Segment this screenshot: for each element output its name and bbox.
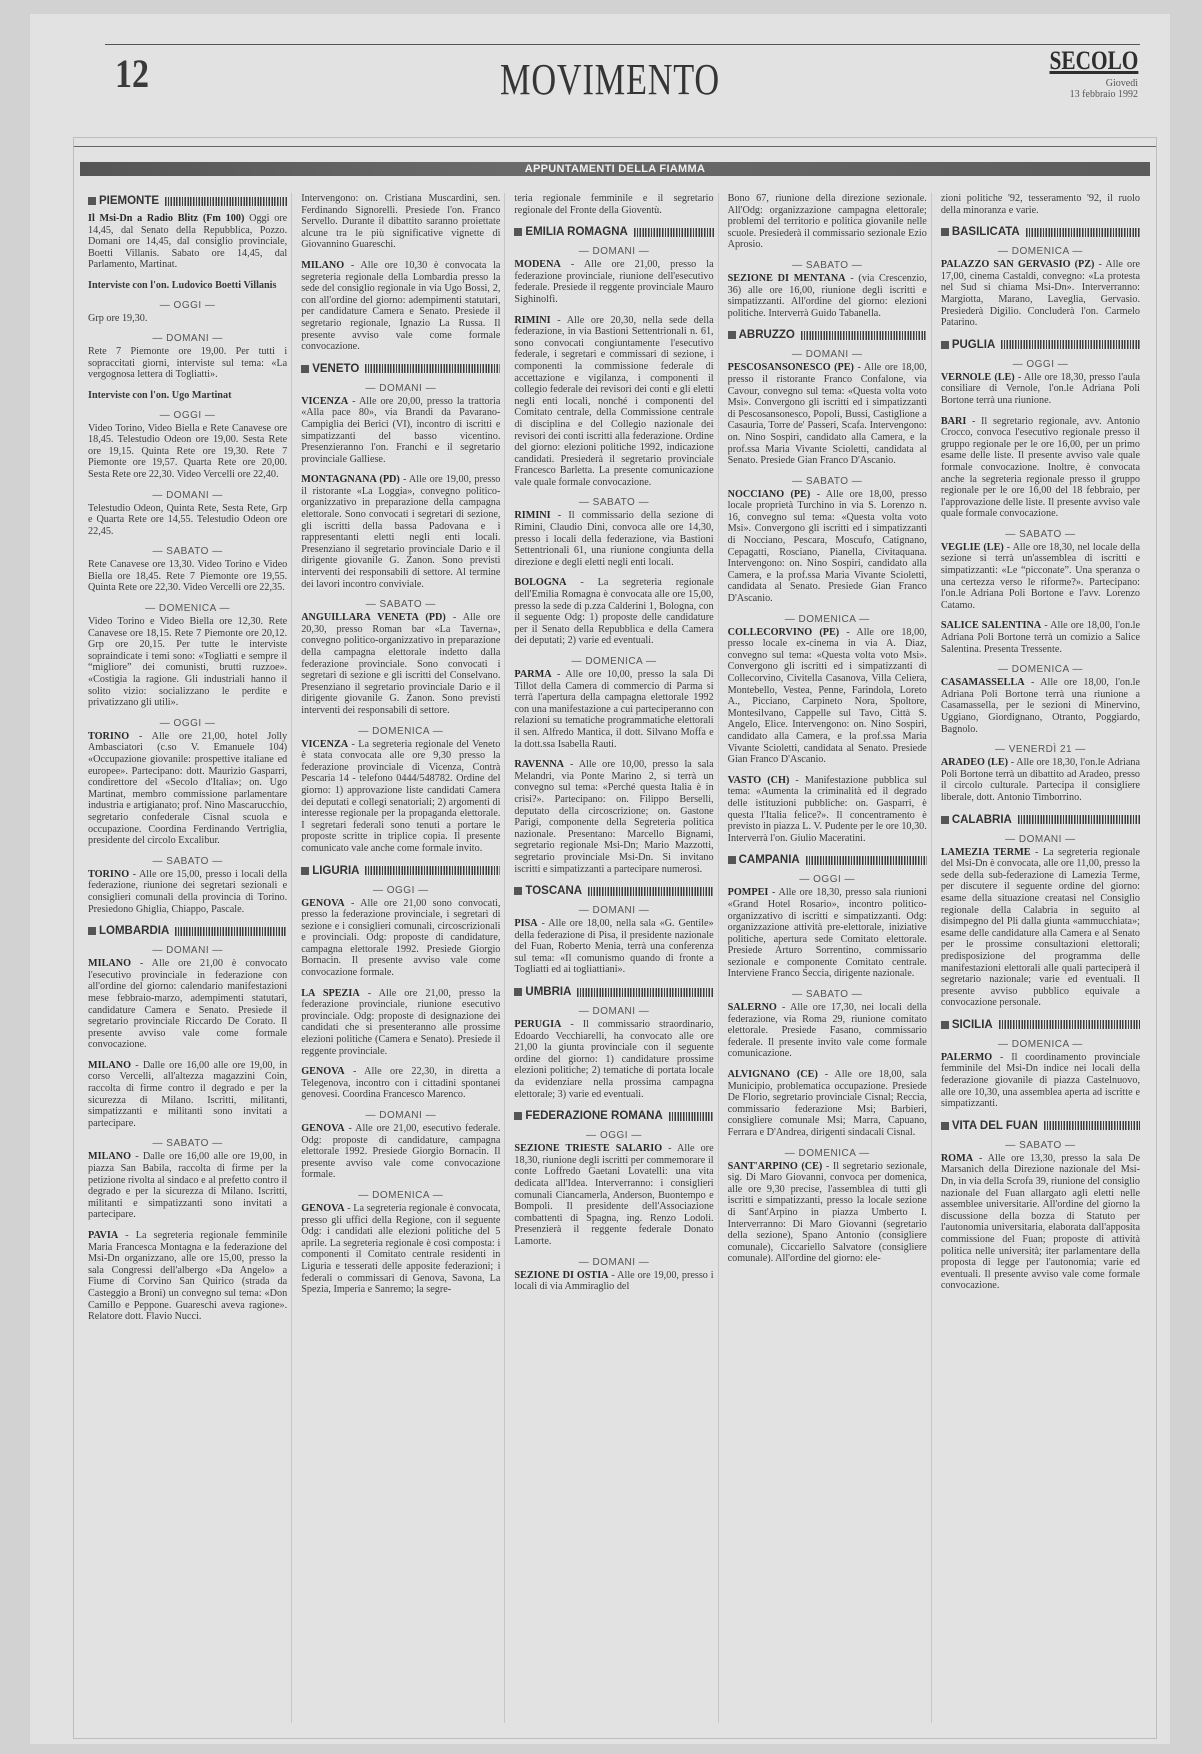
entry-location: RAVENNA xyxy=(514,759,564,770)
day-heading: — DOMENICA — xyxy=(301,726,500,737)
region-heading: LOMBARDIA xyxy=(88,925,287,937)
appointment-entry: TORINO - Alle ore 21,00, hotel Jolly Amb… xyxy=(88,731,287,847)
entry-location: RIMINI xyxy=(514,315,550,326)
entry-location: VEGLIE (LE) xyxy=(941,542,1004,553)
appointment-entry: GENOVA - La segreteria regionale è convo… xyxy=(301,1203,500,1296)
hatch-rule xyxy=(365,866,500,875)
entry-location: ARADEO (LE) xyxy=(941,757,1008,768)
appointment-entry: Grp ore 19,30. xyxy=(88,313,287,325)
entry-location: RIMINI xyxy=(514,510,550,521)
square-bullet-icon xyxy=(941,228,949,236)
entry-location: PAVIA xyxy=(88,1230,118,1241)
appointment-entry: VICENZA - Alle ore 20,00, presso la trat… xyxy=(301,396,500,466)
appointments-columns: PIEMONTEIl Msi-Dn a Radio Blitz (Fm 100)… xyxy=(84,193,1144,1723)
entry-location: LA SPEZIA xyxy=(301,988,359,999)
appointment-entry: PISA - Alle ore 18,00, nella sala «G. Ge… xyxy=(514,918,713,976)
hatch-rule xyxy=(999,1020,1140,1029)
appointment-entry: Rete Canavese ore 13,30. Video Torino e … xyxy=(88,559,287,594)
appointment-entry: SEZIONE DI OSTIA - Alle ore 19,00, press… xyxy=(514,1270,713,1293)
entry-location: COLLECORVINO (PE) xyxy=(728,627,840,638)
appointment-entry: ALVIGNANO (CE) - Alle ore 18,00, sala Mu… xyxy=(728,1069,927,1139)
entry-location: TORINO xyxy=(88,731,129,742)
day-heading: — OGGI — xyxy=(514,1130,713,1141)
day-heading: — DOMANI — xyxy=(514,1006,713,1017)
appointment-entry: SANT'ARPINO (CE) - Il segretario seziona… xyxy=(728,1161,927,1265)
day-heading: — DOMANI — xyxy=(728,349,927,360)
appointments-banner: APPUNTAMENTI DELLA FIAMMA xyxy=(80,162,1150,176)
day-heading: — SABATO — xyxy=(301,599,500,610)
square-bullet-icon xyxy=(728,856,736,864)
appointment-entry: ANGUILLARA VENETA (PD) - Alle ore 20,30,… xyxy=(301,612,500,716)
region-heading: PUGLIA xyxy=(941,339,1140,351)
hatch-rule xyxy=(365,364,500,373)
entry-location: GENOVA xyxy=(301,1203,344,1214)
region-heading: ABRUZZO xyxy=(728,329,927,341)
hatch-rule xyxy=(1001,340,1140,349)
page-number: 12 xyxy=(115,50,149,97)
region-heading: SICILIA xyxy=(941,1019,1140,1031)
column-4: Bono 67, riunione della direzione sezion… xyxy=(724,193,932,1723)
region-name: PIEMONTE xyxy=(99,195,159,207)
day-heading: — SABATO — xyxy=(941,1140,1140,1151)
hatch-rule xyxy=(588,887,714,896)
appointment-entry: GENOVA - Alle ore 21,00 sono convocati, … xyxy=(301,898,500,979)
entry-location: MODENA xyxy=(514,259,560,270)
appointment-entry: VEGLIE (LE) - Alle ore 18,30, nel locale… xyxy=(941,542,1140,612)
region-heading: BASILICATA xyxy=(941,226,1140,238)
appointment-entry: Bono 67, riunione della direzione sezion… xyxy=(728,193,927,251)
appointment-entry: zioni politiche '92, tesseramento '92, i… xyxy=(941,193,1140,216)
entry-location: SALICE SALENTINA xyxy=(941,620,1041,631)
entry-location: ANGUILLARA VENETA (PD) xyxy=(301,612,446,623)
hatch-rule xyxy=(806,856,927,865)
square-bullet-icon xyxy=(88,197,96,205)
entry-location: VERNOLE (LE) xyxy=(941,372,1015,383)
appointment-entry: PERUGIA - Il commissario straordinario, … xyxy=(514,1019,713,1100)
region-name: PUGLIA xyxy=(952,339,995,351)
appointment-entry: PESCOSANSONESCO (PE) - Alle ore 18,00, p… xyxy=(728,362,927,466)
column-3: teria regionale femminile e il segretari… xyxy=(510,193,718,1723)
entry-location: GENOVA xyxy=(301,1123,344,1134)
region-heading: TOSCANA xyxy=(514,885,713,897)
appointment-entry: PALAZZO SAN GERVASIO (PZ) - Alle ore 17,… xyxy=(941,259,1140,329)
appointment-entry: Telestudio Odeon, Quinta Rete, Sesta Ret… xyxy=(88,503,287,538)
region-name: LOMBARDIA xyxy=(99,925,169,937)
entry-location: GENOVA xyxy=(301,1066,344,1077)
region-heading: VENETO xyxy=(301,363,500,375)
square-bullet-icon xyxy=(941,1122,949,1130)
appointment-entry: MONTAGNANA (PD) - Alle ore 19,00, presso… xyxy=(301,474,500,590)
column-2: Intervengono: on. Cristiana Muscardini, … xyxy=(297,193,505,1723)
region-heading: PIEMONTE xyxy=(88,195,287,207)
day-heading: — DOMANI — xyxy=(301,383,500,394)
appointment-entry: GENOVA - Alle ore 21,00, esecutivo feder… xyxy=(301,1123,500,1181)
day-heading: — DOMANI — xyxy=(301,1110,500,1121)
day-heading: — DOMENICA — xyxy=(88,603,287,614)
day-heading: — DOMANI — xyxy=(514,905,713,916)
entry-location: TORINO xyxy=(88,869,129,880)
entry-location: MILANO xyxy=(301,260,344,271)
day-heading: — DOMANI — xyxy=(88,333,287,344)
day-heading: — VENERDÌ 21 — xyxy=(941,744,1140,755)
newspaper-page: 12 MOVIMENTO SECOLO Giovedì 13 febbraio … xyxy=(30,14,1170,1744)
region-heading: EMILIA ROMAGNA xyxy=(514,226,713,238)
square-bullet-icon xyxy=(941,1021,949,1029)
entry-location: LAMEZIA TERME xyxy=(941,847,1031,858)
region-name: EMILIA ROMAGNA xyxy=(525,226,627,238)
appointment-entry: PALERMO - Il coordinamento provinciale f… xyxy=(941,1052,1140,1110)
square-bullet-icon xyxy=(301,867,309,875)
entry-location: ROMA xyxy=(941,1153,973,1164)
appointment-entry: Video Torino e Video Biella ore 12,30. R… xyxy=(88,616,287,709)
entry-location: NOCCIANO (PE) xyxy=(728,489,811,500)
masthead-rule xyxy=(105,44,1140,45)
entry-location: ALVIGNANO (CE) xyxy=(728,1069,818,1080)
appointment-entry: RIMINI - Alle ore 20,30, nella sede dell… xyxy=(514,315,713,489)
day-heading: — DOMANI — xyxy=(88,490,287,501)
hatch-rule xyxy=(801,331,927,340)
appointment-entry: CASAMASSELLA - Alle ore 18,00, l'on.le A… xyxy=(941,677,1140,735)
appointment-entry: VASTO (CH) - Manifestazione pubblica sul… xyxy=(728,775,927,845)
entry-location: Il Msi-Dn a Radio Blitz (Fm 100) xyxy=(88,213,244,224)
entry-location: MONTAGNANA (PD) xyxy=(301,474,400,485)
entry-location: PERUGIA xyxy=(514,1019,561,1030)
day-heading: — OGGI — xyxy=(88,300,287,311)
appointment-entry: VICENZA - La segreteria regionale del Ve… xyxy=(301,739,500,855)
appointment-entry: SEZIONE TRIESTE SALARIO - Alle ore 18,30… xyxy=(514,1143,713,1247)
appointment-entry: MILANO - Alle ore 21,00 è convocato l'es… xyxy=(88,958,287,1051)
day-heading: — SABATO — xyxy=(88,856,287,867)
appointment-entry: ARADEO (LE) - Alle ore 18,30, l'on.le Ad… xyxy=(941,757,1140,803)
hatch-rule xyxy=(634,228,714,237)
appointment-entry: LAMEZIA TERME - La segreteria regionale … xyxy=(941,847,1140,1009)
appointment-entry: MILANO - Dalle ore 16,00 alle ore 19,00,… xyxy=(88,1151,287,1221)
appointment-entry: NOCCIANO (PE) - Alle ore 18,00, presso l… xyxy=(728,489,927,605)
region-name: VITA DEL FUAN xyxy=(952,1120,1038,1132)
subheading: Interviste con l'on. Ludovico Boetti Vil… xyxy=(88,280,287,292)
appointment-entry: Video Torino, Video Biella e Rete Canave… xyxy=(88,423,287,481)
square-bullet-icon xyxy=(514,1112,522,1120)
entry-location: VICENZA xyxy=(301,739,348,750)
day-heading: — SABATO — xyxy=(728,476,927,487)
appointment-entry: SEZIONE DI MENTANA - (via Crescenzio, 36… xyxy=(728,273,927,319)
region-name: LIGURIA xyxy=(312,865,359,877)
day-heading: — DOMANI — xyxy=(514,1257,713,1268)
entry-location: SEZIONE DI MENTANA xyxy=(728,273,846,284)
entry-location: BARI xyxy=(941,416,966,427)
day-heading: — DOMANI — xyxy=(88,945,287,956)
newspaper-logo: SECOLO xyxy=(1049,46,1138,76)
day-heading: — DOMENICA — xyxy=(941,664,1140,675)
entry-location: BOLOGNA xyxy=(514,577,566,588)
appointment-entry: BARI - Il segretario regionale, avv. Ant… xyxy=(941,416,1140,520)
region-name: UMBRIA xyxy=(525,986,571,998)
appointment-entry: RAVENNA - Alle ore 10,00, presso la sala… xyxy=(514,759,713,875)
column-5: zioni politiche '92, tesseramento '92, i… xyxy=(937,193,1144,1723)
hatch-rule xyxy=(669,1112,714,1121)
square-bullet-icon xyxy=(728,331,736,339)
appointment-entry: POMPEI - Alle ore 18,30, presso sala riu… xyxy=(728,887,927,980)
appointment-entry: SALICE SALENTINA - Alle ore 18,00, l'on.… xyxy=(941,620,1140,655)
appointment-entry: teria regionale femminile e il segretari… xyxy=(514,193,713,216)
region-name: VENETO xyxy=(312,363,359,375)
entry-location: POMPEI xyxy=(728,887,769,898)
day-heading: — SABATO — xyxy=(88,1138,287,1149)
appointment-entry: RIMINI - Il commissario della sezione di… xyxy=(514,510,713,568)
entry-location: SEZIONE TRIESTE SALARIO xyxy=(514,1143,662,1154)
appointment-entry: Rete 7 Piemonte ore 19,00. Per tutti i s… xyxy=(88,346,287,381)
day-heading: — SABATO — xyxy=(728,989,927,1000)
entry-location: PISA xyxy=(514,918,537,929)
region-heading: CAMPANIA xyxy=(728,854,927,866)
appointment-entry: VERNOLE (LE) - Alle ore 18,30, presso l'… xyxy=(941,372,1140,407)
issue-date: 13 febbraio 1992 xyxy=(1018,89,1138,100)
region-heading: VITA DEL FUAN xyxy=(941,1120,1140,1132)
day-heading: — DOMENICA — xyxy=(728,1148,927,1159)
entry-location: PARMA xyxy=(514,669,551,680)
section-title: MOVIMENTO xyxy=(189,54,1031,105)
region-heading: UMBRIA xyxy=(514,986,713,998)
day-heading: — DOMENICA — xyxy=(941,1039,1140,1050)
appointment-entry: PARMA - Alle ore 10,00, presso la sala D… xyxy=(514,669,713,750)
region-heading: FEDERAZIONE ROMANA xyxy=(514,1110,713,1122)
square-bullet-icon xyxy=(514,988,522,996)
region-heading: CALABRIA xyxy=(941,814,1140,826)
appointment-entry: MODENA - Alle ore 21,00, presso la feder… xyxy=(514,259,713,305)
appointment-entry: PAVIA - La segreteria regionale femminil… xyxy=(88,1230,287,1323)
column-1: PIEMONTEIl Msi-Dn a Radio Blitz (Fm 100)… xyxy=(84,193,292,1723)
hatch-rule xyxy=(1044,1121,1140,1130)
entry-location: MILANO xyxy=(88,1060,131,1071)
day-heading: — OGGI — xyxy=(941,359,1140,370)
region-name: FEDERAZIONE ROMANA xyxy=(525,1110,662,1122)
square-bullet-icon xyxy=(941,816,949,824)
square-bullet-icon xyxy=(941,341,949,349)
day-heading: — OGGI — xyxy=(88,410,287,421)
entry-location: PALERMO xyxy=(941,1052,992,1063)
day-heading: — DOMANI — xyxy=(514,246,713,257)
square-bullet-icon xyxy=(88,927,96,935)
region-name: CALABRIA xyxy=(952,814,1012,826)
entry-location: PALAZZO SAN GERVASIO (PZ) xyxy=(941,259,1095,270)
entry-location: CASAMASSELLA xyxy=(941,677,1025,688)
appointment-entry: GENOVA - Alle ore 22,30, in diretta a Te… xyxy=(301,1066,500,1101)
appointment-entry: MILANO - Alle ore 10,30 è convocata la s… xyxy=(301,260,500,353)
appointment-entry: Intervengono: on. Cristiana Muscardini, … xyxy=(301,193,500,251)
entry-location: GENOVA xyxy=(301,898,344,909)
day-heading: — SABATO — xyxy=(728,260,927,271)
region-name: ABRUZZO xyxy=(739,329,795,341)
day-heading: — SABATO — xyxy=(941,529,1140,540)
entry-location: MILANO xyxy=(88,958,131,969)
appointment-entry: Il Msi-Dn a Radio Blitz (Fm 100) Oggi or… xyxy=(88,213,287,271)
day-heading: — OGGI — xyxy=(728,874,927,885)
subheading: Interviste con l'on. Ugo Martinat xyxy=(88,390,287,402)
region-name: TOSCANA xyxy=(525,885,582,897)
day-heading: — DOMENICA — xyxy=(728,614,927,625)
hatch-rule xyxy=(175,927,287,936)
entry-location: VICENZA xyxy=(301,396,348,407)
square-bullet-icon xyxy=(514,228,522,236)
day-heading: — DOMENICA — xyxy=(301,1190,500,1201)
day-heading: — SABATO — xyxy=(514,497,713,508)
region-name: SICILIA xyxy=(952,1019,993,1031)
hatch-rule xyxy=(165,197,287,206)
day-heading: — SABATO — xyxy=(88,546,287,557)
newspaper-logo-block: SECOLO Giovedì 13 febbraio 1992 xyxy=(1018,46,1138,100)
square-bullet-icon xyxy=(514,887,522,895)
appointment-entry: ROMA - Alle ore 13,30, presso la sala De… xyxy=(941,1153,1140,1292)
day-heading: — DOMANI — xyxy=(941,834,1140,845)
entry-location: MILANO xyxy=(88,1151,131,1162)
day-heading: — OGGI — xyxy=(88,718,287,729)
issue-weekday: Giovedì xyxy=(1018,78,1138,89)
day-heading: — DOMENICA — xyxy=(941,246,1140,257)
day-heading: — DOMENICA — xyxy=(514,656,713,667)
appointment-entry: MILANO - Dalle ore 16,00 alle ore 19,00,… xyxy=(88,1060,287,1130)
entry-location: SALERNO xyxy=(728,1002,777,1013)
box-rule xyxy=(74,146,1156,147)
appointment-entry: SALERNO - Alle ore 17,30, nei locali del… xyxy=(728,1002,927,1060)
entry-location: SANT'ARPINO (CE) xyxy=(728,1161,823,1172)
hatch-rule xyxy=(1026,228,1140,237)
appointments-box: APPUNTAMENTI DELLA FIAMMA PIEMONTEIl Msi… xyxy=(73,137,1157,1739)
square-bullet-icon xyxy=(301,365,309,373)
appointment-entry: BOLOGNA - La segreteria regionale dell'E… xyxy=(514,577,713,647)
entry-location: SEZIONE DI OSTIA xyxy=(514,1270,608,1281)
entry-location: VASTO (CH) xyxy=(728,775,790,786)
region-heading: LIGURIA xyxy=(301,865,500,877)
region-name: BASILICATA xyxy=(952,226,1020,238)
region-name: CAMPANIA xyxy=(739,854,800,866)
appointment-entry: TORINO - Alle ore 15,00, presso i locali… xyxy=(88,869,287,915)
appointment-entry: COLLECORVINO (PE) - Alle ore 18,00, pres… xyxy=(728,627,927,766)
hatch-rule xyxy=(577,988,713,997)
appointment-entry: LA SPEZIA - Alle ore 21,00, presso la fe… xyxy=(301,988,500,1058)
masthead: 12 MOVIMENTO SECOLO Giovedì 13 febbraio … xyxy=(70,32,1150,112)
hatch-rule xyxy=(1018,815,1140,824)
day-heading: — OGGI — xyxy=(301,885,500,896)
entry-location: PESCOSANSONESCO (PE) xyxy=(728,362,854,373)
